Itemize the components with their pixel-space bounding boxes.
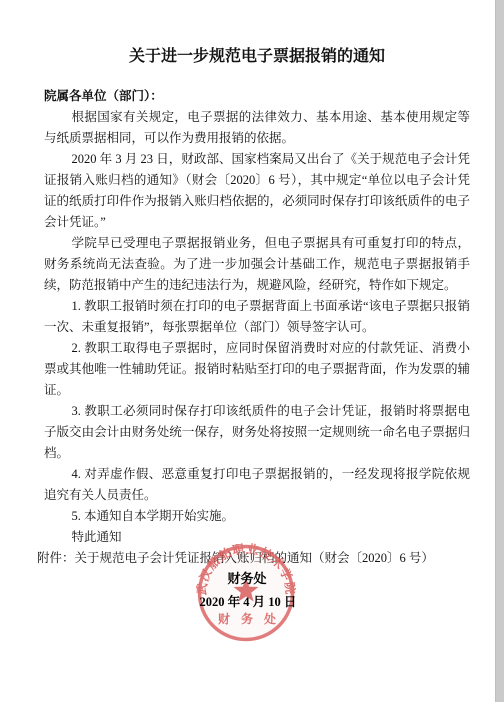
body-paragraph: 2020 年 3 月 23 日，财政部、国家档案局又出台了《关于规范电子会计凭证…	[44, 149, 470, 233]
signature-date: 2020 年 4 月 10 日	[184, 593, 312, 611]
seal-inner-label: 财 务 处	[218, 611, 280, 626]
body-paragraph: 学院早已受理电子票据报销业务，但电子票据具有可重复打印的特点，财务系统尚无法查验…	[44, 233, 470, 296]
numbered-item: 5. 本通知自本学期开始实施。	[44, 506, 470, 527]
body-paragraph: 根据国家有关规定，电子票据的法律效力、基本用途、基本使用规定等与纸质票据相同，可…	[44, 107, 470, 149]
signer-department: 财务处	[187, 570, 307, 588]
numbered-item: 3. 教职工必须同时保存打印该纸质件的电子会计凭证，报销时将票据电子版交由会计由…	[44, 401, 470, 464]
notice-document: 关于进一步规范电子票据报销的通知 院属各单位（部门）： 根据国家有关规定，电子票…	[0, 0, 504, 569]
page-title: 关于进一步规范电子票据报销的通知	[44, 46, 470, 68]
salutation: 院属各单位（部门）：	[44, 86, 470, 107]
numbered-item: 2. 教职工取得电子票据时，应同时保留消费时对应的付款凭证、消费小票或其他唯一性…	[44, 338, 470, 401]
right-edge-strip	[495, 0, 504, 702]
numbered-item: 1. 教职工报销时须在打印的电子票据背面上书面承诺“该电子票据只报销一次、未重复…	[44, 296, 470, 338]
numbered-item: 4. 对弄虚作假、恶意重复打印电子票据报销的，一经发现将报学院依规追究有关人员责…	[44, 464, 470, 506]
